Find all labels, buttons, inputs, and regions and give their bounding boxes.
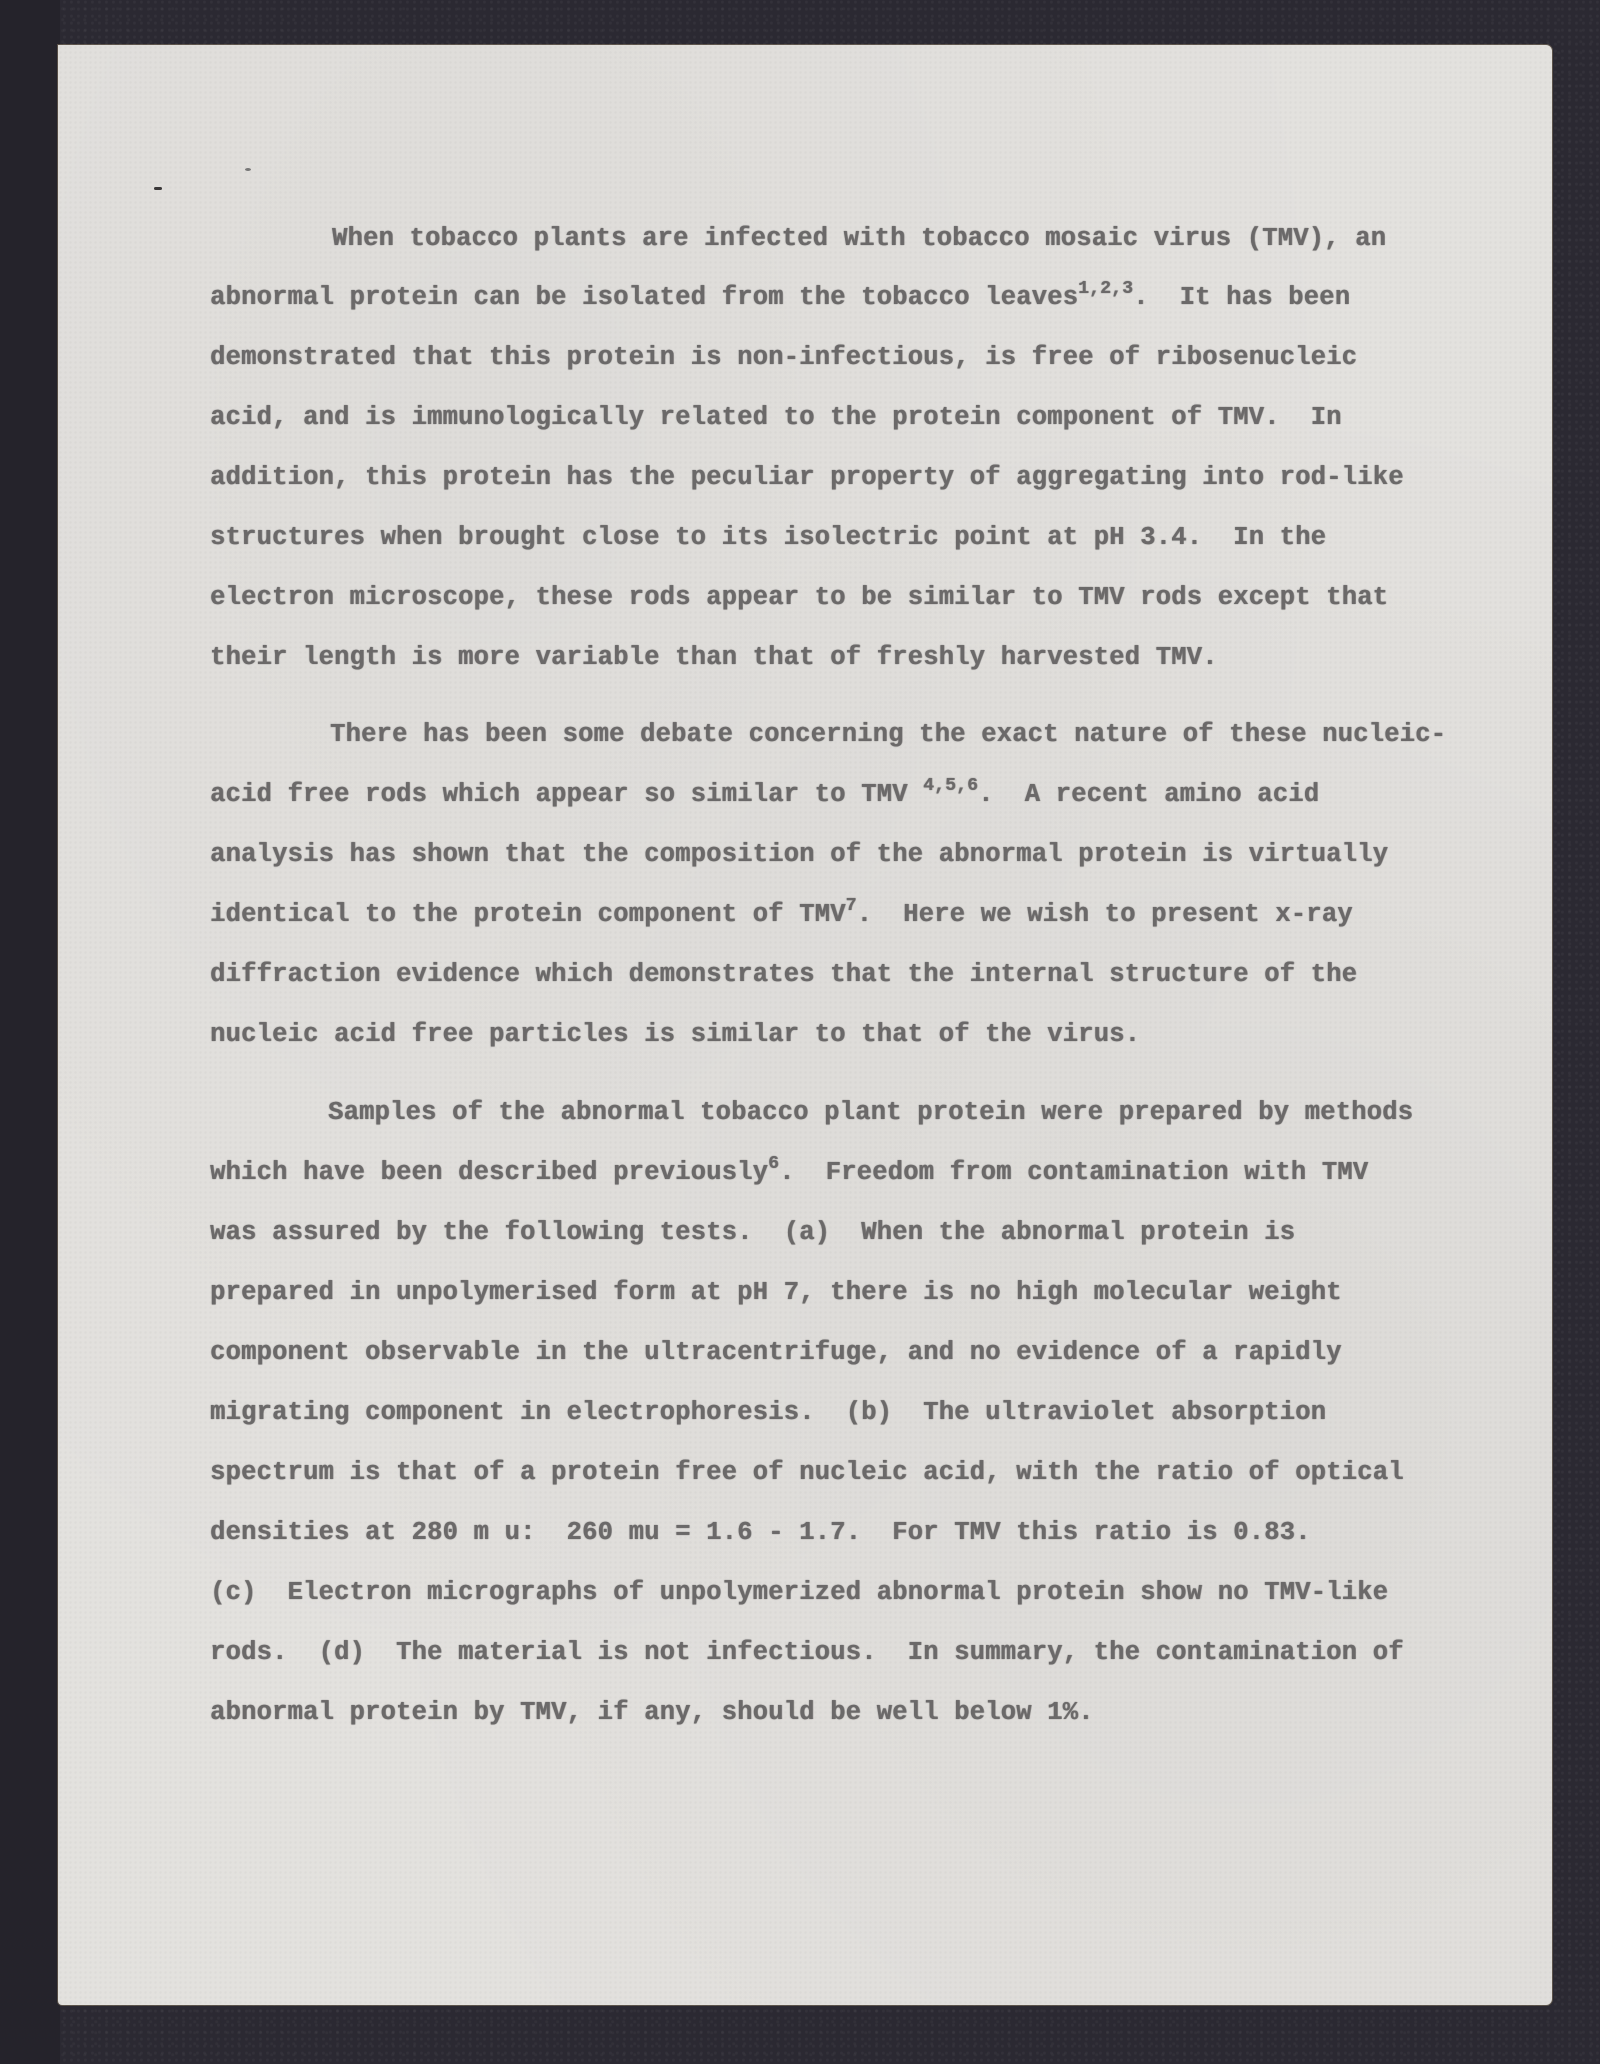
text-segment: component observable in the ultracentrif… <box>210 1338 1342 1367</box>
reference-superscript: 1,2,3 <box>1078 279 1133 299</box>
text-line: migrating component in electrophoresis. … <box>210 1398 1326 1428</box>
text-line: analysis has shown that the composition … <box>210 840 1388 870</box>
text-segment: . A recent amino acid <box>978 780 1319 809</box>
text-line: demonstrated that this protein is non-in… <box>210 343 1357 373</box>
text-line: structures when brought close to its iso… <box>210 523 1326 553</box>
text-line: (c) Electron micrographs of unpolymerize… <box>210 1578 1388 1608</box>
text-segment: There has been some debate concerning th… <box>330 720 1446 749</box>
text-segment: abnormal protein can be isolated from th… <box>210 283 1078 312</box>
text-line: acid free rods which appear so similar t… <box>210 780 1319 812</box>
text-segment: . Freedom from contamination with TMV <box>779 1158 1368 1187</box>
text-line: diffraction evidence which demonstrates … <box>210 960 1357 990</box>
text-line: rods. (d) The material is not infectious… <box>210 1638 1404 1668</box>
text-line: electron microscope, these rods appear t… <box>210 583 1388 613</box>
text-segment: addition, this protein has the peculiar … <box>210 463 1404 492</box>
paper-blemish <box>154 187 162 190</box>
reference-superscript: 6 <box>768 1154 779 1174</box>
text-segment: nucleic acid free particles is similar t… <box>210 1020 1140 1049</box>
text-line: addition, this protein has the peculiar … <box>210 463 1404 493</box>
text-segment: (c) Electron micrographs of unpolymerize… <box>210 1578 1388 1607</box>
text-line: identical to the protein component of TM… <box>210 900 1353 932</box>
text-segment: acid, and is immunologically related to … <box>210 403 1342 432</box>
text-line: their length is more variable than that … <box>210 643 1218 673</box>
text-segment: was assured by the following tests. (a) … <box>210 1218 1295 1247</box>
text-line: was assured by the following tests. (a) … <box>210 1218 1295 1248</box>
text-segment: their length is more variable than that … <box>210 643 1218 672</box>
text-line: acid, and is immunologically related to … <box>210 403 1342 433</box>
text-segment: rods. (d) The material is not infectious… <box>210 1638 1404 1667</box>
text-segment: acid free rods which appear so similar t… <box>210 780 923 809</box>
text-segment: spectrum is that of a protein free of nu… <box>210 1458 1404 1487</box>
text-segment: abnormal protein by TMV, if any, should … <box>210 1698 1094 1727</box>
text-segment: structures when brought close to its iso… <box>210 523 1326 552</box>
text-line: There has been some debate concerning th… <box>330 720 1446 750</box>
text-line: abnormal protein by TMV, if any, should … <box>210 1698 1094 1728</box>
reference-superscript: 7 <box>846 896 857 916</box>
text-line: nucleic acid free particles is similar t… <box>210 1020 1140 1050</box>
text-line: abnormal protein can be isolated from th… <box>210 283 1350 315</box>
text-line: spectrum is that of a protein free of nu… <box>210 1458 1404 1488</box>
text-line: prepared in unpolymerised form at pH 7, … <box>210 1278 1342 1308</box>
text-segment: electron microscope, these rods appear t… <box>210 583 1388 612</box>
text-segment: migrating component in electrophoresis. … <box>210 1398 1326 1427</box>
text-segment: . It has been <box>1133 283 1350 312</box>
text-line: component observable in the ultracentrif… <box>210 1338 1342 1368</box>
text-line: which have been described previously6. F… <box>210 1158 1368 1190</box>
text-segment: analysis has shown that the composition … <box>210 840 1388 869</box>
text-segment: . Here we wish to present x-ray <box>857 900 1353 929</box>
text-segment: prepared in unpolymerised form at pH 7, … <box>210 1278 1342 1307</box>
scan-backdrop <box>0 0 60 2064</box>
text-line: When tobacco plants are infected with to… <box>332 224 1386 254</box>
text-segment: Samples of the abnormal tobacco plant pr… <box>328 1098 1413 1127</box>
text-line: densities at 280 m u: 260 mu = 1.6 - 1.7… <box>210 1518 1311 1548</box>
text-segment: identical to the protein component of TM… <box>210 900 846 929</box>
text-segment: densities at 280 m u: 260 mu = 1.6 - 1.7… <box>210 1518 1311 1547</box>
text-segment: When tobacco plants are infected with to… <box>332 224 1386 253</box>
text-segment: demonstrated that this protein is non-in… <box>210 343 1357 372</box>
text-segment: which have been described previously <box>210 1158 768 1187</box>
text-segment: diffraction evidence which demonstrates … <box>210 960 1357 989</box>
paper-blemish <box>245 168 251 171</box>
reference-superscript: 4,5,6 <box>923 776 978 796</box>
text-line: Samples of the abnormal tobacco plant pr… <box>328 1098 1413 1128</box>
